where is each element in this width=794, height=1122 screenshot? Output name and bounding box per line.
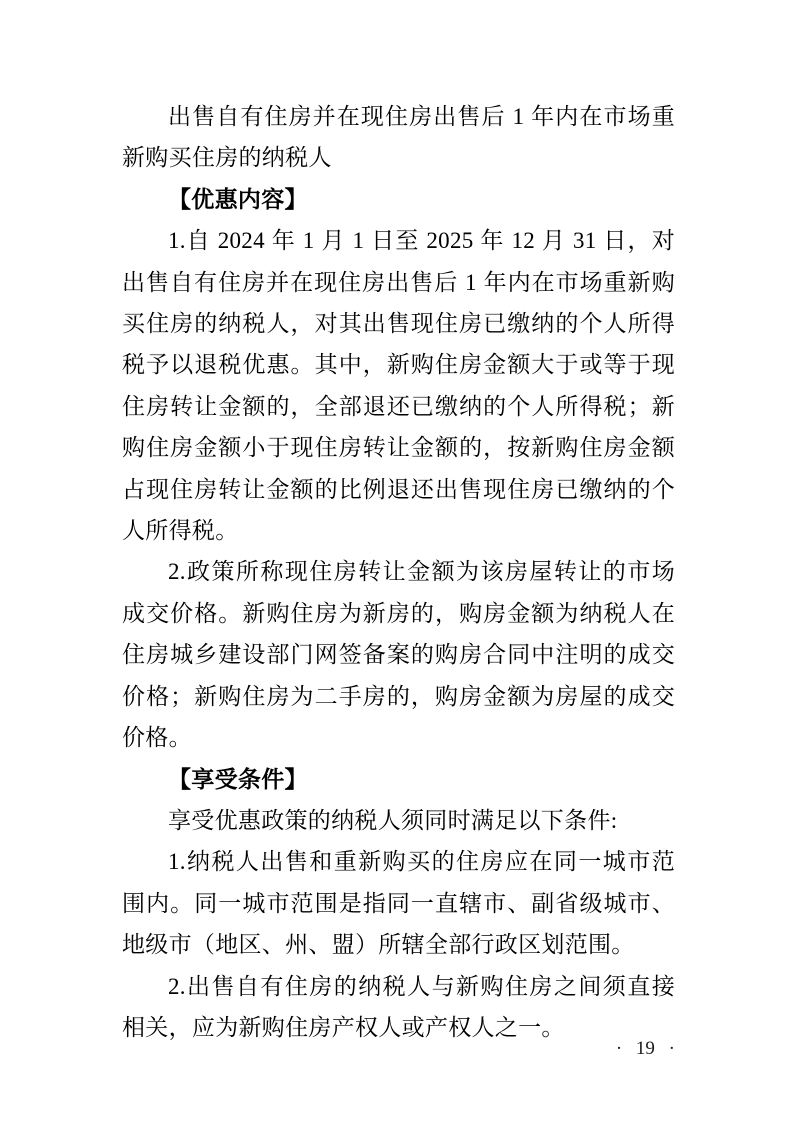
section-heading-preferential-content: 【优惠内容】 — [122, 179, 675, 220]
paragraph-condition-1: 1.纳税人出售和重新购买的住房应在同一城市范围内。同一城市范围是指同一直辖市、副… — [122, 841, 675, 965]
paragraph-policy-item-1: 1.自 2024 年 1 月 1 日至 2025 年 12 月 31 日，对出售… — [122, 220, 675, 551]
paragraph-policy-item-2: 2.政策所称现住房转让金额为该房屋转让的市场成交价格。新购住房为新房的，购房金额… — [122, 551, 675, 758]
page-footer: · 19 · — [616, 1037, 675, 1061]
paragraph-taxpayer-subject: 出售自有住房并在现住房出售后 1 年内在市场重新购买住房的纳税人 — [122, 96, 675, 179]
document-body: 出售自有住房并在现住房出售后 1 年内在市场重新购买住房的纳税人 【优惠内容】 … — [122, 96, 675, 1048]
paragraph-condition-2: 2.出售自有住房的纳税人与新购住房之间须直接相关，应为新购住房产权人或产权人之一… — [122, 966, 675, 1049]
document-page: 出售自有住房并在现住房出售后 1 年内在市场重新购买住房的纳税人 【优惠内容】 … — [0, 0, 794, 1122]
paragraph-eligibility-intro: 享受优惠政策的纳税人须同时满足以下条件: — [122, 800, 675, 841]
page-number: · 19 · — [616, 1038, 675, 1059]
section-heading-eligibility-conditions: 【享受条件】 — [122, 759, 675, 800]
